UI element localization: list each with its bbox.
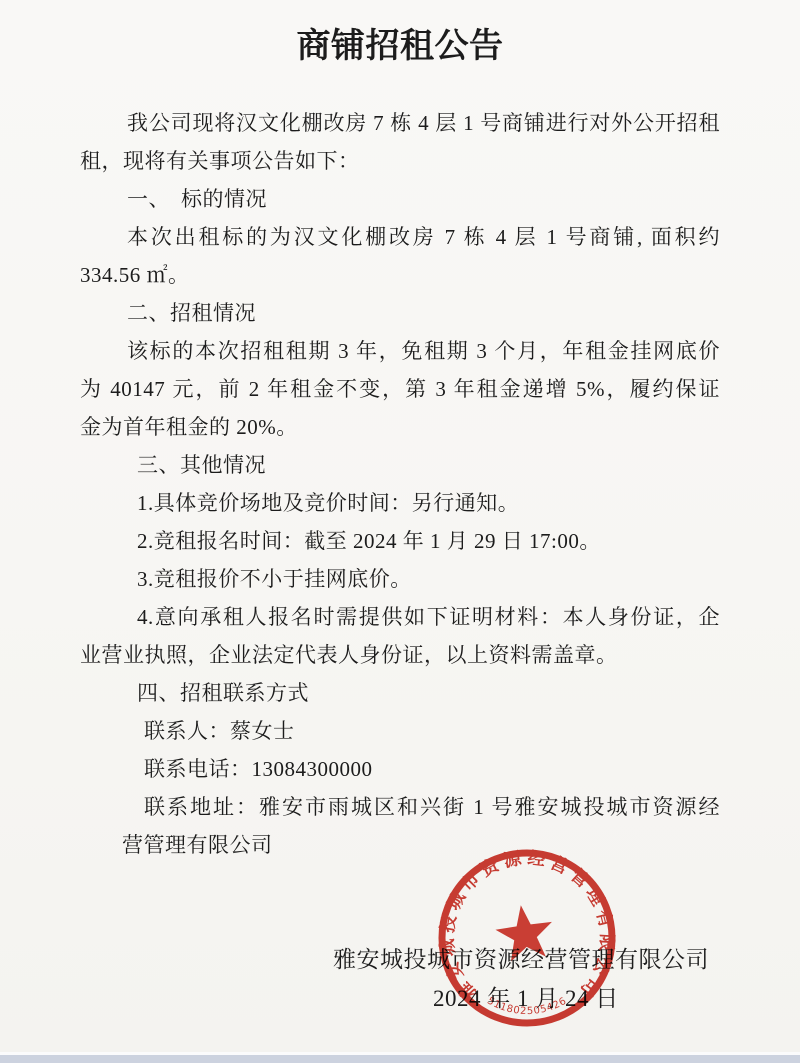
contact-address-line: 联系地址：雅安市雨城区和兴街 1 号雅安城投城市资源经	[80, 788, 720, 826]
section-heading: 三、其他情况	[80, 446, 720, 484]
body-line: 该标的本次招租租期 3 年，免租期 3 个月，年租金挂网底价	[80, 332, 720, 370]
company-seal: 雅安城投城市资源经营管理有限公司 511802505426	[427, 838, 627, 1038]
seal-serial-number: 511802505426	[485, 996, 568, 1018]
section-heading: 四、招租联系方式	[80, 674, 720, 712]
list-item: 4.意向承租人报名时需提供如下证明材料：本人身份证，企	[80, 598, 720, 636]
seal-star	[493, 901, 557, 963]
svg-text:511802505426: 511802505426	[485, 996, 568, 1018]
body-line: 为 40147 元，前 2 年租金不变，第 3 年租金递增 5%，履约保证	[80, 370, 720, 408]
body-line: 我公司现将汉文化棚改房 7 栋 4 层 1 号商铺进行对外公开招租	[80, 104, 720, 142]
contact-phone-line: 联系电话：13084300000	[80, 750, 720, 788]
section-heading: 一、 标的情况	[80, 180, 720, 218]
list-item: 2.竞租报名时间：截至 2024 年 1 月 29 日 17:00。	[80, 522, 720, 560]
document-body: 我公司现将汉文化棚改房 7 栋 4 层 1 号商铺进行对外公开招租 租，现将有关…	[80, 104, 720, 864]
list-item: 3.竞租报价不小于挂网底价。	[80, 560, 720, 598]
contact-person-line: 联系人：蔡女士	[80, 712, 720, 750]
list-item: 1.具体竞价场地及竞价时间：另行通知。	[80, 484, 720, 522]
section-heading: 二、招租情况	[80, 294, 720, 332]
page-title: 商铺招租公告	[0, 24, 800, 68]
body-line: 334.56 ㎡。	[80, 256, 720, 294]
body-line: 金为首年租金的 20%。	[80, 408, 720, 446]
body-line: 本次出租标的为汉文化棚改房 7 栋 4 层 1 号商铺, 面积约	[80, 218, 720, 256]
scan-edge-strip	[0, 1052, 800, 1063]
body-line: 租，现将有关事项公告如下：	[80, 142, 720, 180]
body-line: 业营业执照，企业法定代表人身份证，以上资料需盖章。	[80, 636, 720, 674]
